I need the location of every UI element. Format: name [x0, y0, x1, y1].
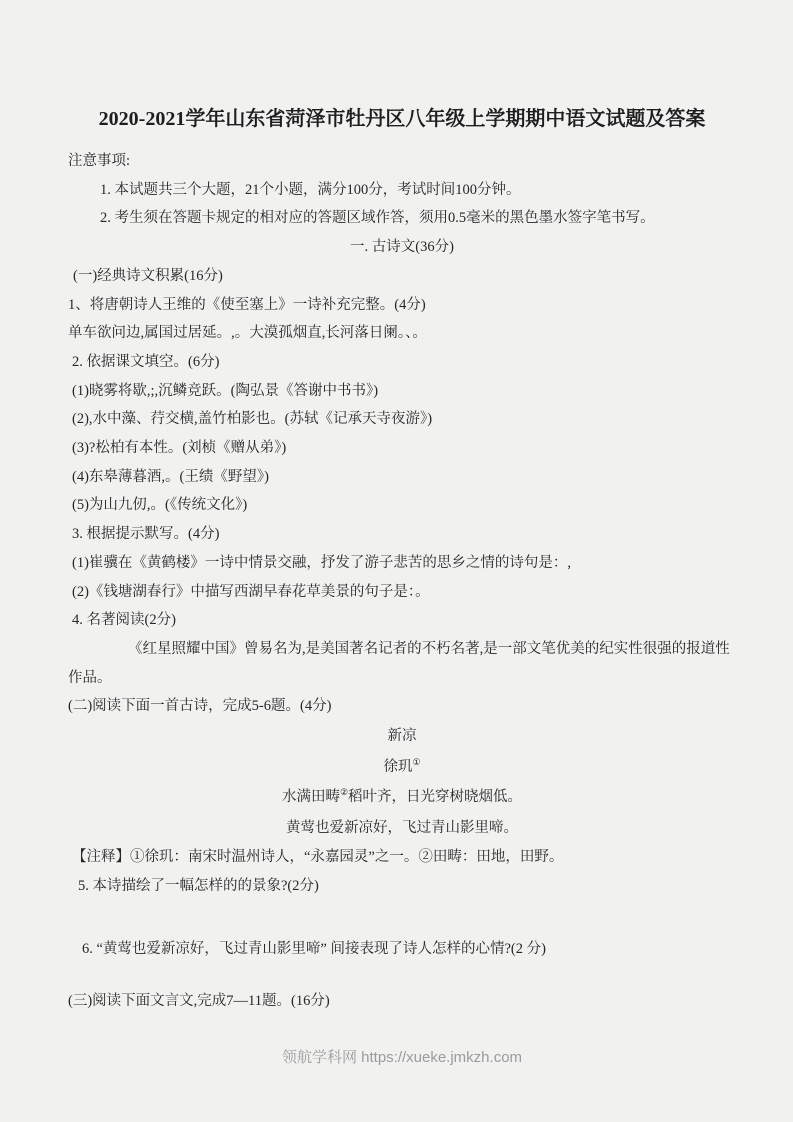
question-6: 6. “黄莺也爱新凉好，飞过青山影里啼” 间接表现了诗人怎样的心情?(2 分)	[82, 935, 736, 964]
question-5: 5. 本诗描绘了一幅怎样的的景象?(2分)	[78, 872, 736, 901]
footer-watermark: 领航学科网 https://xueke.jmkzh.com	[68, 1047, 736, 1069]
part-two-heading: (二)阅读下面一首古诗，完成5-6题。(4分)	[68, 692, 736, 721]
part-three-heading: (三)阅读下面文言文,完成7—11题。(16分)	[68, 987, 736, 1016]
question-2-item: (5)为山九仞,。(《传统文化》)	[72, 491, 736, 520]
section-one-heading: 一. 古诗文(36分)	[68, 233, 736, 262]
question-2-item: (4)东皋薄暮酒,。(王绩《野望》)	[72, 463, 736, 492]
question-3-prompt: 3. 根据提示默写。(4分)	[72, 520, 736, 549]
poem-note-mark: ②	[340, 787, 348, 797]
part-one-heading: (一)经典诗文积累(16分)	[73, 262, 736, 291]
question-2-item: (2),水中藻、荇交横,盖竹柏影也。(苏轼《记承天寺夜游》)	[72, 405, 736, 434]
question-2-item: (1)晓雾将歇,;,沉鳞竞跃。(陶弘景《答谢中书书》)	[72, 377, 736, 406]
poem-line-text: 水满田畴	[282, 789, 340, 805]
notice-item: 1. 本试题共三个大题，21个小题，满分100分，考试时间100分钟。	[100, 176, 736, 205]
question-3-item: (2)《钱塘湖春行》中描写西湖早春花草美景的句子是：。	[72, 578, 736, 607]
poem-notes: 【注释】①徐玑：南宋时温州诗人，“永嘉园灵”之一。②田畴：田地，田野。	[72, 843, 736, 872]
poem-title: 新凉	[68, 721, 736, 752]
exam-title: 2020-2021学年山东省菏泽市牡丹区八年级上学期期中语文试题及答案	[68, 106, 736, 132]
notice-label: 注意事项:	[68, 147, 736, 176]
question-4-prompt: 4. 名著阅读(2分)	[72, 606, 736, 635]
question-2-item: (3)?松柏有本性。(刘桢《赠从弟》)	[72, 434, 736, 463]
poem-line: 黄莺也爱新凉好，飞过青山影里啼。	[68, 813, 736, 844]
question-2-prompt: 2. 依据课文填空。(6分)	[72, 348, 736, 377]
poem-line-text: 稻叶齐，日光穿树晓烟低。	[348, 789, 522, 805]
question-3-item: (1)崔骥在《黄鹤楼》一诗中情景交融，抒发了游子悲苦的思乡之情的诗句是：,	[72, 549, 736, 578]
poem-line: 水满田畴②稻叶齐，日光穿树晓烟低。	[68, 782, 736, 813]
poem-author-note-mark: ①	[412, 757, 420, 767]
notice-item: 2. 考生须在答题卡规定的相对应的答题区域作答，须用0.5毫米的黑色墨水签字笔书…	[100, 204, 736, 233]
exam-document: 2020-2021学年山东省菏泽市牡丹区八年级上学期期中语文试题及答案 注意事项…	[0, 0, 793, 1069]
question-1-fill-line: 单车欲问边,属国过居延。,。大漠孤烟直,长河落日阑。、。	[68, 319, 736, 348]
question-1-prompt: 1、将唐朝诗人王维的《使至塞上》一诗补充完整。(4分)	[68, 291, 736, 320]
question-4-passage: 《红星照耀中国》曾易名为,是美国著名记者的不朽名著,是一部文笔优美的纪实性很强的…	[68, 635, 736, 692]
poem-author: 徐玑①	[68, 752, 736, 783]
poem-author-name: 徐玑	[383, 759, 412, 775]
